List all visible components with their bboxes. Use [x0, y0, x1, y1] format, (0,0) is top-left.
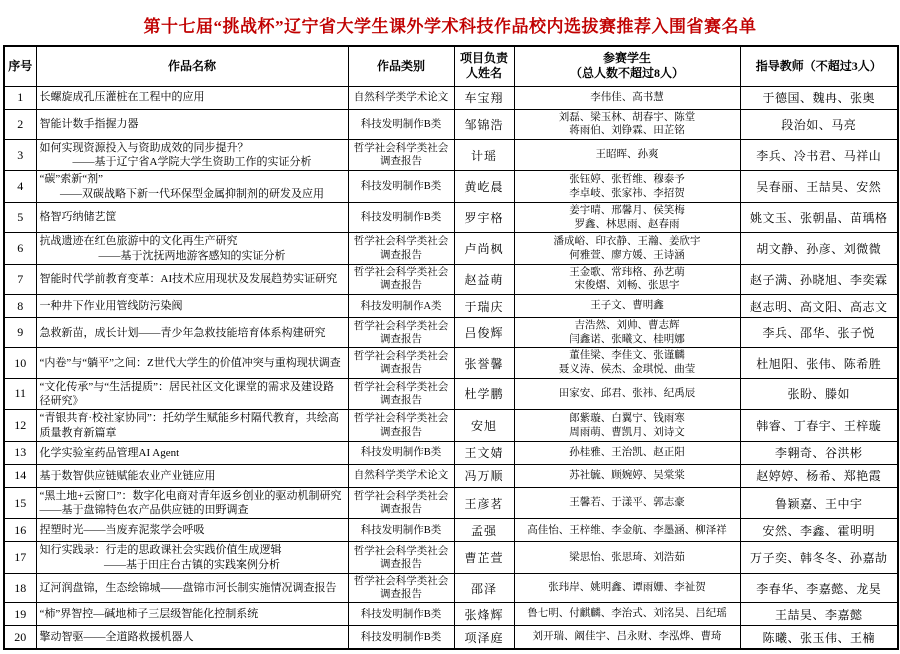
work-category: 哲学社会科学类社会调查报告 [348, 378, 454, 410]
teachers-names: 于德国、魏冉、张奥 [740, 86, 898, 109]
students-line: 田家安、邱君、张祎、纪禹辰 [518, 387, 737, 401]
leader-name: 杜学鹏 [454, 378, 514, 410]
work-title-line: 化学实验室药品管理AI Agent [40, 446, 345, 460]
row-number: 9 [4, 318, 36, 348]
work-category: 科技发明制作B类 [348, 441, 454, 464]
work-category: 哲学社会科学类社会调查报告 [348, 574, 454, 603]
table-row: 5格智巧纳储艺筐科技发明制作B类罗宇格姜宇晴、邢馨月、侯笑梅罗鑫、林思雨、赵春雨… [4, 202, 898, 232]
students-line: 何雅萱、廖方媛、王诗涵 [518, 249, 737, 263]
students-cell: 梁思怡、张思琦、刘浩茹 [514, 542, 740, 574]
work-category: 科技发明制作B类 [348, 171, 454, 203]
col-header-no: 序号 [4, 46, 36, 86]
row-number: 6 [4, 233, 36, 265]
teachers-names: 王喆昊、李嘉懿 [740, 603, 898, 626]
students-line: 刘磊、梁玉林、胡春宇、陈堂 [518, 111, 737, 125]
students-line: 张玮岸、姚明鑫、谭雨姗、李祉贺 [518, 581, 737, 595]
work-title-cell: 一种井下作业用管线防污染阀 [36, 295, 348, 318]
work-title-line: 擎动智驱——全道路救援机器人 [40, 630, 345, 644]
work-title-cell: 知行实践录：行走的思政课社会实践价值生成逻辑——基于田庄台古镇的实践案例分析 [36, 542, 348, 574]
table-row: 13化学实验室药品管理AI Agent科技发明制作B类王文婧孙桂雅、王治凯、赵正… [4, 441, 898, 464]
table-row: 11“文化传承”与“生活提质”：居民社区文化课堂的需求及建设路径研究》哲学社会科… [4, 378, 898, 410]
leader-name: 计瑶 [454, 139, 514, 171]
work-title-cell: 化学实验室药品管理AI Agent [36, 441, 348, 464]
work-title-cell: “青银共育·校社家协同”：托幼学生赋能乡村隔代教育，共绘高质量教育新篇章 [36, 410, 348, 442]
col-header-work-title: 作品名称 [36, 46, 348, 86]
students-line: 孙桂雅、王治凯、赵正阳 [518, 446, 737, 460]
header-row: 序号 作品名称 作品类别 项目负责 人姓名 参赛学生 （总人数不超过8人） 指导… [4, 46, 898, 86]
row-number: 14 [4, 464, 36, 487]
row-number: 20 [4, 626, 36, 649]
students-line: 郎紫璇、白翼宁、钱雨寒 [518, 412, 737, 426]
leader-name: 张烽辉 [454, 603, 514, 626]
work-title-line: 抗战遗迹在红色旅游中的文化再生产研究 [40, 234, 345, 248]
work-category: 哲学社会科学类社会调查报告 [348, 318, 454, 348]
row-number: 8 [4, 295, 36, 318]
work-title-line: 辽河润盘锦，生态绘锦城——盘锦市河长制实施情况调查报告 [40, 581, 345, 595]
teachers-names: 李翱奇、谷洪彬 [740, 441, 898, 464]
leader-name: 邹锦浩 [454, 109, 514, 139]
students-line: 刘开瑞、阚佳宇、吕永财、李泓烨、曹琦 [518, 630, 737, 644]
work-title-cell: 如何实现资源投入与资助成效的同步提升？——基于辽宁省A学院大学生资助工作的实证分… [36, 139, 348, 171]
leader-name: 罗宇格 [454, 202, 514, 232]
work-title-cell: “碳”索新“剂”——双碳战略下新一代环保型金属抑制剂的研发及应用 [36, 171, 348, 203]
teachers-names: 陈曦、张玉伟、王楠 [740, 626, 898, 649]
row-number: 10 [4, 348, 36, 378]
students-cell: 王馨若、于漾平、郭志豪 [514, 487, 740, 519]
students-line: 蒋雨伯、刘铮霖、田芷铭 [518, 124, 737, 138]
row-number: 5 [4, 202, 36, 232]
students-line: 王金歌、常玮格、孙艺萌 [518, 266, 737, 280]
work-title-line: “青银共育·校社家协同”：托幼学生赋能乡村隔代教育，共绘高质量教育新篇章 [40, 411, 345, 440]
col-header-students: 参赛学生 （总人数不超过8人） [514, 46, 740, 86]
row-number: 11 [4, 378, 36, 410]
work-category: 科技发明制作B类 [348, 109, 454, 139]
row-number: 4 [4, 171, 36, 203]
leader-name: 王彦茗 [454, 487, 514, 519]
work-title-cell: 格智巧纳储艺筐 [36, 202, 348, 232]
students-cell: 苏社毓、顾婉婷、吴棠棠 [514, 464, 740, 487]
students-line: 周雨萌、曹凯月、刘诗文 [518, 426, 737, 440]
row-number: 3 [4, 139, 36, 171]
teachers-names: 段治如、马亮 [740, 109, 898, 139]
leader-name: 孟强 [454, 519, 514, 542]
students-line: 李伟佳、高书慧 [518, 91, 737, 105]
leader-name: 项泽庭 [454, 626, 514, 649]
leader-name: 赵益萌 [454, 264, 514, 294]
table-row: 15“黑土地+云窗口”：数字化电商对青年返乡创业的驱动机制研究——基于盘锦特色农… [4, 487, 898, 519]
work-title-line: ——基于田庄台古镇的实践案例分析 [40, 558, 345, 572]
table-row: 9急救新苗，成长计划——青少年急救技能培育体系构建研究哲学社会科学类社会调查报告… [4, 318, 898, 348]
work-title-cell: 基于数智供应链赋能农业产业链应用 [36, 464, 348, 487]
students-cell: 鲁七明、付麒麟、李治式、刘洺昊、吕纪瑶 [514, 603, 740, 626]
teachers-names: 安然、李鑫、霍明明 [740, 519, 898, 542]
work-title-line: “柿”界智控—碱地柿子三层级智能化控制系统 [40, 607, 345, 621]
table-row: 7智能时代学前教育变革：AI技术应用现状及发展趋势实证研究哲学社会科学类社会调查… [4, 264, 898, 294]
work-category: 哲学社会科学类社会调查报告 [348, 542, 454, 574]
teachers-names: 李兵、冷书君、马祥山 [740, 139, 898, 171]
work-title-cell: 擎动智驱——全道路救援机器人 [36, 626, 348, 649]
work-category: 哲学社会科学类社会调查报告 [348, 348, 454, 378]
work-category: 哲学社会科学类社会调查报告 [348, 139, 454, 171]
teachers-names: 赵子满、孙晓旭、李奕霖 [740, 264, 898, 294]
leader-name: 邵泽 [454, 574, 514, 603]
leader-name: 张誉馨 [454, 348, 514, 378]
table-row: 17知行实践录：行走的思政课社会实践价值生成逻辑——基于田庄台古镇的实践案例分析… [4, 542, 898, 574]
work-title-line: 如何实现资源投入与资助成效的同步提升？ [40, 141, 345, 155]
teachers-names: 鲁颖嘉、王中宇 [740, 487, 898, 519]
work-title-cell: “内卷”与“躺平”之间：Z世代大学生的价值冲突与重构现状调查 [36, 348, 348, 378]
leader-name: 安旭 [454, 410, 514, 442]
col-header-leader: 项目负责 人姓名 [454, 46, 514, 86]
students-line: 梁思怡、张思琦、刘浩茹 [518, 551, 737, 565]
students-line: 高佳怡、王梓维、李金航、李墨涵、柳泽祥 [518, 524, 737, 538]
teachers-names: 姚文玉、张朝晶、苗瑀格 [740, 202, 898, 232]
work-category: 科技发明制作B类 [348, 603, 454, 626]
work-title-cell: “柿”界智控—碱地柿子三层级智能化控制系统 [36, 603, 348, 626]
awards-table: 序号 作品名称 作品类别 项目负责 人姓名 参赛学生 （总人数不超过8人） 指导… [3, 45, 899, 650]
table-header: 序号 作品名称 作品类别 项目负责 人姓名 参赛学生 （总人数不超过8人） 指导… [4, 46, 898, 86]
work-title-cell: 捏塑时光——当废弃泥浆学会呼吸 [36, 519, 348, 542]
leader-name: 于瑞庆 [454, 295, 514, 318]
students-cell: 郎紫璇、白翼宁、钱雨寒周雨萌、曹凯月、刘诗文 [514, 410, 740, 442]
table-row: 2智能计数手指握力器科技发明制作B类邹锦浩刘磊、梁玉林、胡春宇、陈堂蒋雨伯、刘铮… [4, 109, 898, 139]
work-title-line: 基于数智供应链赋能农业产业链应用 [40, 469, 345, 483]
row-number: 15 [4, 487, 36, 519]
leader-name: 车宝翔 [454, 86, 514, 109]
work-title-cell: 长螺旋成孔压灌桩在工程中的应用 [36, 86, 348, 109]
teachers-names: 李春华、李嘉懿、龙昊 [740, 574, 898, 603]
students-line: 李卓岐、张家祎、李招贺 [518, 187, 737, 201]
students-line: 董佳梁、李佳文、张谨麟 [518, 349, 737, 363]
col-header-category: 作品类别 [348, 46, 454, 86]
work-title-line: “文化传承”与“生活提质”：居民社区文化课堂的需求及建设路径研究》 [40, 380, 345, 409]
row-number: 12 [4, 410, 36, 442]
table-row: 3如何实现资源投入与资助成效的同步提升？——基于辽宁省A学院大学生资助工作的实证… [4, 139, 898, 171]
work-title-line: 一种井下作业用管线防污染阀 [40, 299, 345, 313]
work-title-line: 急救新苗，成长计划——青少年急救技能培育体系构建研究 [40, 326, 345, 340]
row-number: 19 [4, 603, 36, 626]
students-line: 王昭晖、孙爽 [518, 148, 737, 162]
students-cell: 刘开瑞、阚佳宇、吕永财、李泓烨、曹琦 [514, 626, 740, 649]
col-header-teachers: 指导教师（不超过3人） [740, 46, 898, 86]
students-line: 宋俊熠、刘畅、张思宇 [518, 279, 737, 293]
row-number: 13 [4, 441, 36, 464]
page-title: 第十七届“挑战杯”辽宁省大学生课外学术科技作品校内选拔赛推荐入围省赛名单 [3, 12, 897, 37]
document-page: 第十七届“挑战杯”辽宁省大学生课外学术科技作品校内选拔赛推荐入围省赛名单 序号 … [0, 0, 900, 654]
teachers-names: 赵志明、高文阳、高志文 [740, 295, 898, 318]
table-row: 1长螺旋成孔压灌桩在工程中的应用自然科学类学术论文车宝翔李伟佳、高书慧于德国、魏… [4, 86, 898, 109]
work-title-cell: 智能时代学前教育变革：AI技术应用现状及发展趋势实证研究 [36, 264, 348, 294]
students-cell: 李伟佳、高书慧 [514, 86, 740, 109]
work-title-line: ——基于辽宁省A学院大学生资助工作的实证分析 [40, 155, 345, 169]
leader-name: 吕俊辉 [454, 318, 514, 348]
work-category: 哲学社会科学类社会调查报告 [348, 233, 454, 265]
students-line: 吉浩然、刘帅、曹志辉 [518, 319, 737, 333]
work-title-line: 智能时代学前教育变革：AI技术应用现状及发展趋势实证研究 [40, 272, 345, 286]
teachers-names: 万子奕、韩冬冬、孙嘉劼 [740, 542, 898, 574]
students-line: 罗鑫、林思雨、赵春雨 [518, 218, 737, 232]
table-row: 6抗战遗迹在红色旅游中的文化再生产研究——基于沈抚两地游客感知的实证分析哲学社会… [4, 233, 898, 265]
students-cell: 王金歌、常玮格、孙艺萌宋俊熠、刘畅、张思宇 [514, 264, 740, 294]
work-title-line: “内卷”与“躺平”之间：Z世代大学生的价值冲突与重构现状调查 [40, 356, 345, 370]
teachers-names: 张盼、滕如 [740, 378, 898, 410]
students-cell: 王子文、曹明鑫 [514, 295, 740, 318]
students-line: 姜宇晴、邢馨月、侯笑梅 [518, 204, 737, 218]
work-title-cell: 智能计数手指握力器 [36, 109, 348, 139]
teachers-names: 杜旭阳、张伟、陈希胜 [740, 348, 898, 378]
table-row: 8一种井下作业用管线防污染阀科技发明制作A类于瑞庆王子文、曹明鑫赵志明、高文阳、… [4, 295, 898, 318]
students-cell: 高佳怡、王梓维、李金航、李墨涵、柳泽祥 [514, 519, 740, 542]
leader-name: 王文婧 [454, 441, 514, 464]
work-title-line: ——基于沈抚两地游客感知的实证分析 [40, 249, 345, 263]
table-row: 19“柿”界智控—碱地柿子三层级智能化控制系统科技发明制作B类张烽辉鲁七明、付麒… [4, 603, 898, 626]
work-title-cell: “文化传承”与“生活提质”：居民社区文化课堂的需求及建设路径研究》 [36, 378, 348, 410]
table-body: 1长螺旋成孔压灌桩在工程中的应用自然科学类学术论文车宝翔李伟佳、高书慧于德国、魏… [4, 86, 898, 649]
work-category: 自然科学类学术论文 [348, 86, 454, 109]
table-row: 10“内卷”与“躺平”之间：Z世代大学生的价值冲突与重构现状调查哲学社会科学类社… [4, 348, 898, 378]
table-row: 20擎动智驱——全道路救援机器人科技发明制作B类项泽庭刘开瑞、阚佳宇、吕永财、李… [4, 626, 898, 649]
work-title-line: 智能计数手指握力器 [40, 117, 345, 131]
work-category: 科技发明制作B类 [348, 519, 454, 542]
table-row: 18辽河润盘锦，生态绘锦城——盘锦市河长制实施情况调查报告哲学社会科学类社会调查… [4, 574, 898, 603]
students-cell: 吉浩然、刘帅、曹志辉闫鑫诺、张曦文、桂明娜 [514, 318, 740, 348]
students-line: 王馨若、于漾平、郭志豪 [518, 496, 737, 510]
row-number: 16 [4, 519, 36, 542]
work-title-line: ——双碳战略下新一代环保型金属抑制剂的研发及应用 [40, 187, 345, 201]
row-number: 7 [4, 264, 36, 294]
work-category: 哲学社会科学类社会调查报告 [348, 410, 454, 442]
students-line: 鲁七明、付麒麟、李治式、刘洺昊、吕纪瑶 [518, 607, 737, 621]
students-line: 潘成峪、印衣静、王瀚、姜欣宇 [518, 235, 737, 249]
row-number: 17 [4, 542, 36, 574]
row-number: 2 [4, 109, 36, 139]
work-category: 科技发明制作B类 [348, 202, 454, 232]
work-category: 科技发明制作A类 [348, 295, 454, 318]
work-title-cell: 抗战遗迹在红色旅游中的文化再生产研究——基于沈抚两地游客感知的实证分析 [36, 233, 348, 265]
students-cell: 孙桂雅、王治凯、赵正阳 [514, 441, 740, 464]
work-category: 哲学社会科学类社会调查报告 [348, 264, 454, 294]
students-cell: 刘磊、梁玉林、胡春宇、陈堂蒋雨伯、刘铮霖、田芷铭 [514, 109, 740, 139]
students-cell: 张玮岸、姚明鑫、谭雨姗、李祉贺 [514, 574, 740, 603]
teachers-names: 李兵、邵华、张子悦 [740, 318, 898, 348]
students-cell: 张钰婷、张哲维、穆泰予李卓岐、张家祎、李招贺 [514, 171, 740, 203]
work-title-line: “碳”索新“剂” [40, 172, 345, 186]
work-title-cell: 辽河润盘锦，生态绘锦城——盘锦市河长制实施情况调查报告 [36, 574, 348, 603]
students-cell: 王昭晖、孙爽 [514, 139, 740, 171]
students-line: 张钰婷、张哲维、穆泰予 [518, 173, 737, 187]
teachers-names: 赵婷婷、杨希、郑艳霞 [740, 464, 898, 487]
teachers-names: 韩睿、丁春宇、王梓璇 [740, 410, 898, 442]
table-row: 16捏塑时光——当废弃泥浆学会呼吸科技发明制作B类孟强高佳怡、王梓维、李金航、李… [4, 519, 898, 542]
students-cell: 潘成峪、印衣静、王瀚、姜欣宇何雅萱、廖方媛、王诗涵 [514, 233, 740, 265]
table-row: 14基于数智供应链赋能农业产业链应用自然科学类学术论文冯万顺苏社毓、顾婉婷、吴棠… [4, 464, 898, 487]
table-row: 4“碳”索新“剂”——双碳战略下新一代环保型金属抑制剂的研发及应用科技发明制作B… [4, 171, 898, 203]
teachers-names: 吴春丽、王喆昊、安然 [740, 171, 898, 203]
work-title-cell: 急救新苗，成长计划——青少年急救技能培育体系构建研究 [36, 318, 348, 348]
leader-name: 曹芷萱 [454, 542, 514, 574]
table-row: 12“青银共育·校社家协同”：托幼学生赋能乡村隔代教育，共绘高质量教育新篇章哲学… [4, 410, 898, 442]
students-cell: 田家安、邱君、张祎、纪禹辰 [514, 378, 740, 410]
work-category: 自然科学类学术论文 [348, 464, 454, 487]
students-cell: 董佳梁、李佳文、张谨麟聂义涛、侯杰、金琪悦、曲莹 [514, 348, 740, 378]
students-line: 苏社毓、顾婉婷、吴棠棠 [518, 469, 737, 483]
row-number: 18 [4, 574, 36, 603]
students-cell: 姜宇晴、邢馨月、侯笑梅罗鑫、林思雨、赵春雨 [514, 202, 740, 232]
leader-name: 黄屹晨 [454, 171, 514, 203]
work-title-line: 捏塑时光——当废弃泥浆学会呼吸 [40, 523, 345, 537]
work-title-line: 知行实践录：行走的思政课社会实践价值生成逻辑 [40, 543, 345, 557]
work-title-cell: “黑土地+云窗口”：数字化电商对青年返乡创业的驱动机制研究——基于盘锦特色农产品… [36, 487, 348, 519]
work-title-line: 格智巧纳储艺筐 [40, 210, 345, 224]
row-number: 1 [4, 86, 36, 109]
work-category: 哲学社会科学类社会调查报告 [348, 487, 454, 519]
work-title-line: “黑土地+云窗口”：数字化电商对青年返乡创业的驱动机制研究——基于盘锦特色农产品… [40, 489, 345, 518]
teachers-names: 胡文静、孙彦、刘微微 [740, 233, 898, 265]
leader-name: 卢尚枫 [454, 233, 514, 265]
students-line: 闫鑫诺、张曦文、桂明娜 [518, 333, 737, 347]
work-title-line: 长螺旋成孔压灌桩在工程中的应用 [40, 90, 345, 104]
work-category: 科技发明制作B类 [348, 626, 454, 649]
students-line: 王子文、曹明鑫 [518, 299, 737, 313]
leader-name: 冯万顺 [454, 464, 514, 487]
students-line: 聂义涛、侯杰、金琪悦、曲莹 [518, 363, 737, 377]
